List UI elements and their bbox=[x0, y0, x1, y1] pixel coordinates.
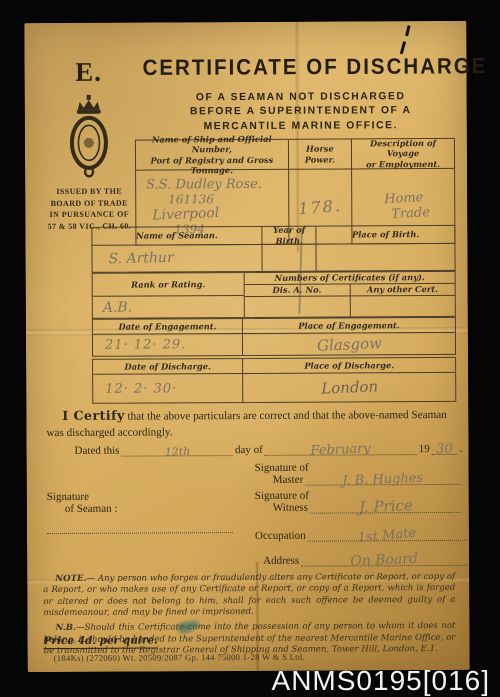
dis-a-no-header: Dis. A. No. bbox=[245, 284, 351, 296]
dated-period: . bbox=[458, 443, 465, 455]
subtitle-line: BEFORE A SUPERINTENDENT OF A bbox=[143, 104, 459, 120]
photo-frame: E. ISSUED BY THE BOARD OF TRADE IN PURSU… bbox=[0, 0, 500, 697]
certificate-paper: E. ISSUED BY THE BOARD OF TRADE IN PURSU… bbox=[24, 21, 469, 672]
certificates-subheaders: Dis. A. No. Any other Cert. bbox=[245, 284, 455, 297]
dis-a-no-value bbox=[245, 296, 351, 317]
ship-header-cell: Name of Ship and Official Number, Port o… bbox=[136, 140, 289, 171]
signature-of-seaman-block: Signature of Seaman : bbox=[47, 490, 237, 515]
issued-line: BOARD OF TRADE bbox=[37, 197, 141, 209]
address-row: Address On Board bbox=[263, 554, 467, 567]
certify-lead: I Certify bbox=[62, 408, 124, 423]
year-of-birth-value bbox=[263, 245, 317, 271]
engagement-table: Date of Engagement. Place of Engagement.… bbox=[92, 317, 456, 357]
any-other-cert-value bbox=[350, 296, 455, 317]
discharge-table: Date of Discharge. Place of Discharge. 1… bbox=[92, 357, 456, 404]
rank-or-rating-header: Rank or Rating. bbox=[93, 273, 244, 297]
price-note: Price 4d. per quire. bbox=[44, 634, 158, 649]
seaman-name-value: S. Arthur bbox=[92, 245, 262, 272]
left-column: E. ISSUED BY THE BOARD OF TRADE IN PURSU… bbox=[36, 57, 141, 233]
date-of-engagement-value: 21· 12· 29. bbox=[93, 334, 243, 356]
seaman-label-line1: Signature bbox=[47, 490, 237, 503]
dated-month-field: February bbox=[265, 454, 417, 456]
dated-year-printed: 19 bbox=[417, 443, 432, 455]
witness-label-line2: Witness bbox=[273, 502, 310, 514]
occupation-row: Occupation 1st Mate bbox=[255, 529, 467, 542]
signature-of-master-block: Signature of Master J. B. Hughes bbox=[255, 461, 461, 486]
subtitle: OF A SEAMAN NOT DISCHARGED BEFORE A SUPE… bbox=[143, 90, 459, 135]
place-of-engagement-value: Glasgow bbox=[243, 333, 455, 355]
master-signature-field: J. B. Hughes bbox=[305, 484, 460, 486]
place-of-engagement-header: Place of Engagement. bbox=[243, 318, 455, 334]
master-label-line2: Master bbox=[273, 474, 306, 486]
dated-year-field: 30 bbox=[432, 454, 458, 455]
seaman-name-table: Name of Seaman. Year ofBirth. Place of B… bbox=[91, 225, 455, 273]
place-of-birth-value bbox=[317, 244, 455, 271]
place-of-discharge-value: London bbox=[243, 373, 455, 402]
board-of-trade-seal-icon bbox=[64, 94, 114, 182]
signature-of-witness-block: Signature of Witness J. Price bbox=[255, 489, 461, 514]
any-other-cert-header: Any other Cert. bbox=[350, 284, 455, 296]
title-block: CERTIFICATE OF DISCHARGE OF A SEAMAN NOT… bbox=[142, 55, 458, 135]
issued-by-statement: ISSUED BY THE BOARD OF TRADE IN PURSUANC… bbox=[37, 186, 141, 233]
name-of-seaman-header: Name of Seaman. bbox=[92, 227, 262, 246]
date-of-engagement-header: Date of Engagement. bbox=[93, 319, 243, 335]
witness-signature-field: J. Price bbox=[310, 512, 461, 514]
dated-middle: day of bbox=[233, 444, 265, 456]
certification-statement: I Certify that the above particulars are… bbox=[46, 405, 450, 442]
issued-line: ISSUED BY THE bbox=[37, 186, 141, 198]
voyage-header-cell: Description of Voyage or Employment. bbox=[352, 139, 454, 170]
year-of-birth-header: Year ofBirth. bbox=[262, 227, 316, 245]
subtitle-line: OF A SEAMAN NOT DISCHARGED bbox=[143, 90, 459, 106]
date-of-discharge-value: 12· 2· 30· bbox=[93, 374, 243, 403]
address-field: On Board bbox=[301, 565, 467, 567]
place-of-birth-header: Place of Birth. bbox=[317, 226, 455, 245]
address-label: Address bbox=[263, 555, 301, 567]
printer-imprint: (184Ks) (272060) Wt. 20509/2087 Gp. 144 … bbox=[54, 652, 305, 663]
occupation-label: Occupation bbox=[255, 530, 308, 542]
subtitle-line: MERCANTILE MARINE OFFICE. bbox=[143, 119, 459, 135]
seaman-signature-field bbox=[47, 532, 233, 534]
dated-prefix: Dated this bbox=[73, 445, 122, 457]
rank-certificates-table: Rank or Rating. A.B. Numbers of Certific… bbox=[92, 271, 456, 319]
master-label-line1: Signature of bbox=[255, 461, 461, 474]
dated-line: Dated this 12th day of February 19 30 . bbox=[73, 443, 465, 457]
place-of-discharge-header: Place of Discharge. bbox=[243, 358, 455, 374]
seaman-label-line2: of Seaman : bbox=[47, 502, 237, 515]
series-letter: E. bbox=[36, 57, 140, 89]
dated-day-field: 12th bbox=[121, 455, 233, 457]
page-title: CERTIFICATE OF DISCHARGE bbox=[142, 54, 458, 82]
rank-value: A.B. bbox=[93, 296, 244, 318]
catalog-label: ANMS0195[016] bbox=[272, 665, 490, 697]
date-of-discharge-header: Date of Discharge. bbox=[93, 359, 243, 375]
note-paragraph: NOTE.— Any person who forges or fraudule… bbox=[43, 572, 455, 620]
certificates-header: Numbers of Certificates (if any). bbox=[245, 272, 455, 285]
horsepower-header-cell: Horse Power. bbox=[289, 139, 353, 169]
occupation-field: 1st Mate bbox=[308, 540, 467, 542]
issued-line: IN PURSUANCE OF bbox=[37, 209, 141, 221]
